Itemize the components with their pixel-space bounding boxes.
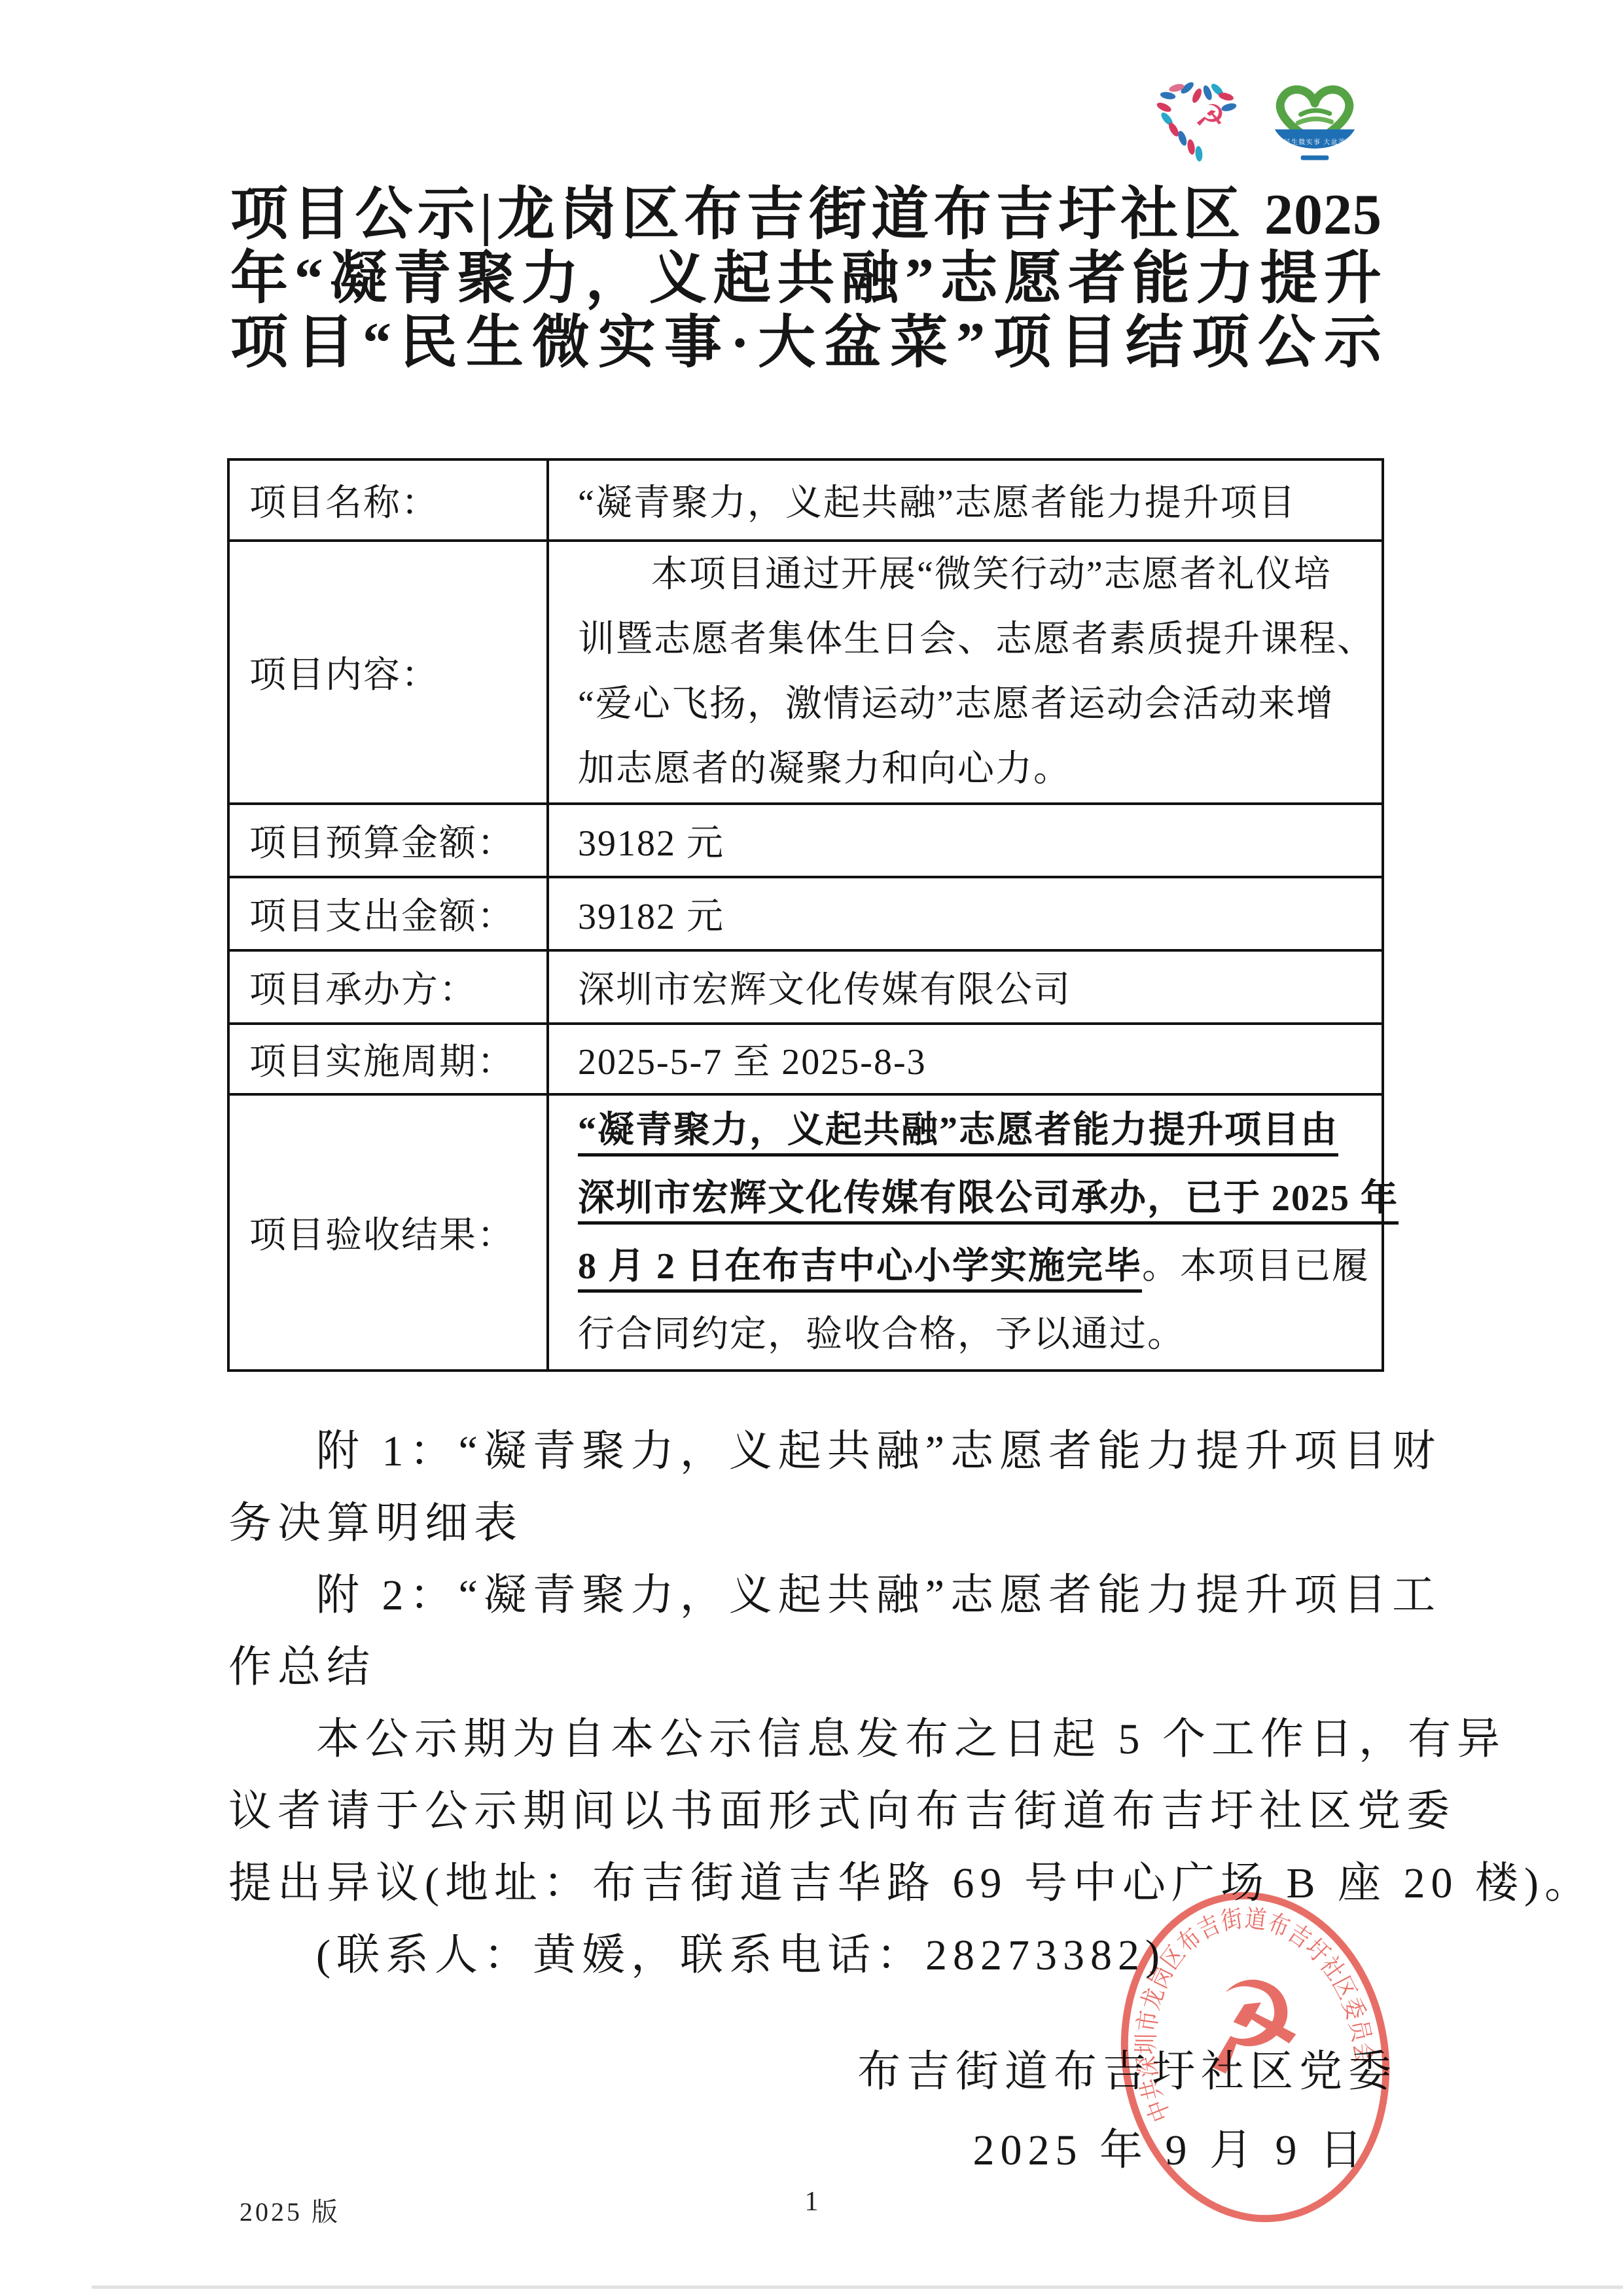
acceptance-line: 深圳市宏辉文化传媒有限公司承办，已于 2025 年 [578,1164,1374,1232]
table-row-project-content: 项目内容： 本项目通过开展“微笑行动”志愿者礼仪培 训暨志愿者集体生日会、志愿者… [228,541,1383,804]
content-line: 加志愿者的凝聚力和向心力。 [578,737,1374,802]
scan-edge-artifact [92,2286,1623,2289]
footer-page-number: 1 [0,2186,1623,2217]
title-line-1: 项目公示|龙岗区布吉街道布吉圩社区 2025 [230,183,1382,247]
title-line-2: 年“凝青聚力，义起共融”志愿者能力提升 [230,247,1382,312]
row-label-period: 项目实施周期： [228,1024,548,1094]
table-row-project-name: 项目名称： “凝青聚力，义起共融”志愿者能力提升项目 [228,459,1383,541]
row-value-expense: 39182 元 [548,877,1383,950]
row-label-budget: 项目预算金额： [228,804,548,877]
title-line-3: 项目“民生微实事·大盆菜”项目结项公示 [230,312,1382,376]
attachment-1-line: 附 1：“凝青聚力，义起共融”志愿者能力提升项目财 [228,1416,1400,1488]
row-value-project-content: 本项目通过开展“微笑行动”志愿者礼仪培 训暨志愿者集体生日会、志愿者素质提升课程… [548,541,1383,804]
row-value-acceptance: “凝青聚力，义起共融”志愿者能力提升项目由 深圳市宏辉文化传媒有限公司承办，已于… [548,1094,1383,1371]
row-label-project-name: 项目名称： [228,459,548,541]
table-row-budget: 项目预算金额： 39182 元 [228,804,1383,877]
notice-period-line: 议者请于公示期间以书面形式向布吉街道布吉圩社区党委 [228,1776,1400,1848]
attachment-2-line: 附 2：“凝青聚力，义起共融”志愿者能力提升项目工 [228,1560,1400,1632]
table-row-period: 项目实施周期： 2025-5-7 至 2025-8-3 [228,1024,1383,1094]
acceptance-line: 行合同约定，验收合格，予以通过。 [578,1300,1374,1369]
signature-date: 2025 年 9 月 9 日 [228,2115,1400,2187]
table-row-acceptance: 项目验收结果： “凝青聚力，义起共融”志愿者能力提升项目由 深圳市宏辉文化传媒有… [228,1094,1383,1371]
row-label-undertaker: 项目承办方： [228,950,548,1024]
table-row-undertaker: 项目承办方： 深圳市宏辉文化传媒有限公司 [228,950,1383,1024]
attachment-1-line: 务决算明细表 [228,1488,1400,1560]
document-page: ☭ 民生微实事 大盆菜 项目公示|龙岗区布吉街道布吉圩社区 2025 年“凝青聚… [0,0,1623,2296]
content-line: 本项目通过开展“微笑行动”志愿者礼仪培 [578,543,1374,607]
acceptance-line: 8 月 2 日在布吉中心小学实施完毕。本项目已履 [578,1232,1374,1300]
notice-period-line: 本公示期为自本公示信息发布之日起 5 个工作日，有异 [228,1704,1400,1776]
contact-line: (联系人：黄媛，联系电话：28273382) [228,1920,1400,1992]
row-value-budget: 39182 元 [548,804,1383,877]
content-line: “爱心飞扬，激情运动”志愿者运动会活动来增 [578,672,1374,737]
minsheng-dapencai-logo-icon: 民生微实事 大盆菜 [1263,77,1366,161]
acceptance-line: “凝青聚力，义起共融”志愿者能力提升项目由 [578,1096,1374,1164]
content-line: 训暨志愿者集体生日会、志愿者素质提升课程、 [578,607,1374,672]
bowl-label: 民生微实事 大盆菜 [1284,137,1346,146]
header-logos: ☭ 民生微实事 大盆菜 [1153,77,1366,174]
row-value-project-name: “凝青聚力，义起共融”志愿者能力提升项目 [548,459,1383,541]
row-label-project-content: 项目内容： [228,541,548,804]
row-label-expense: 项目支出金额： [228,877,548,950]
row-value-undertaker: 深圳市宏辉文化传媒有限公司 [548,950,1383,1024]
body-paragraphs: 附 1：“凝青聚力，义起共融”志愿者能力提升项目财 务决算明细表 附 2：“凝青… [228,1416,1400,2187]
signature-organization: 布吉街道布吉圩社区党委 [228,2036,1400,2108]
row-value-period: 2025-5-7 至 2025-8-3 [548,1024,1383,1094]
attachment-2-line: 作总结 [228,1632,1400,1704]
notice-period-line: 提出异议(地址：布吉街道吉华路 69 号中心广场 B 座 20 楼)。 [228,1848,1400,1920]
row-label-acceptance: 项目验收结果： [228,1094,548,1371]
page-title: 项目公示|龙岗区布吉街道布吉圩社区 2025 年“凝青聚力，义起共融”志愿者能力… [230,183,1382,376]
party-heart-logo-icon: ☭ [1153,77,1241,174]
table-row-expense: 项目支出金额： 39182 元 [228,877,1383,950]
project-info-table: 项目名称： “凝青聚力，义起共融”志愿者能力提升项目 项目内容： 本项目通过开展… [227,458,1384,1372]
